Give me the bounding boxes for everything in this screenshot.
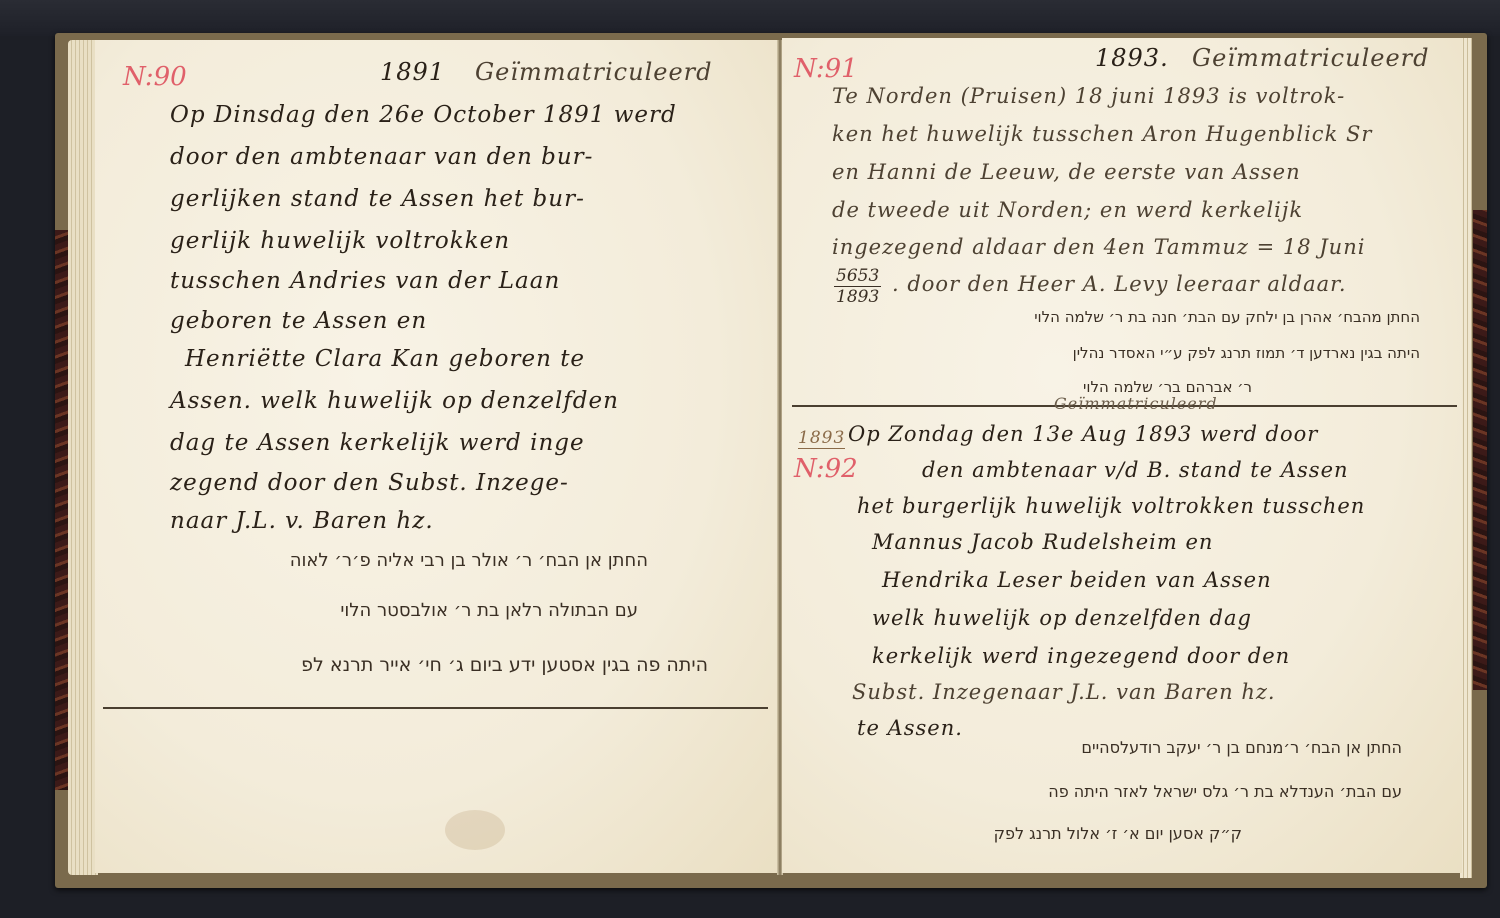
hebrew-text-line: היתה בגין נארדען ד׳ תמוז תרנג לפק ע״י הא… — [1073, 344, 1420, 362]
entry-number: N:90 — [123, 62, 187, 92]
entry-year: 1893. — [1095, 44, 1169, 72]
text-line: Henriëtte Clara Kan geboren te — [185, 346, 585, 372]
marbled-cover-edge-right — [1473, 210, 1487, 690]
text-line: door den ambtenaar van den bur- — [170, 144, 593, 170]
hebrew-text-line: החתן אן הבח׳ ר׳ אולר בן רבי אליה פ׳ר׳ לא… — [290, 550, 648, 571]
registration-note: Geïmmatriculeerd — [1054, 394, 1218, 413]
text-line: welk huwelijk op denzelfden dag — [872, 606, 1252, 630]
text-line: . door den Heer A. Levy leeraar aldaar. — [892, 272, 1347, 296]
hebrew-text-line: היתה פה בגין אסטען ידע ביום ג׳ חי׳ אייר … — [301, 654, 708, 676]
hebrew-text-line: החתן מהבח׳ אהרן בן ילחק עם הבת׳ חנה בת ר… — [1034, 308, 1420, 326]
text-line: Assen. welk huwelijk op denzelfden — [170, 388, 619, 414]
hebrew-text-line: ק״ק אסען יום א׳ ז׳ אלול תרנג לפק — [994, 824, 1242, 843]
text-line: tusschen Andries van der Laan — [170, 268, 560, 294]
left-page: N:90 1891 Geïmmatriculeerd Op Dinsdag de… — [95, 40, 778, 873]
text-line: naar J.L. v. Baren hz. — [170, 508, 434, 534]
fraction-hebrew-year: 5653 — [834, 266, 881, 287]
hebrew-year-fraction: 5653 1893 — [834, 266, 881, 307]
fraction-gregorian-year: 1893 — [834, 287, 881, 307]
text-line: zegend door den Subst. Inzege- — [170, 470, 569, 496]
entry-number: N:92 — [794, 454, 858, 484]
text-line: het burgerlijk huwelijk voltrokken tussc… — [857, 494, 1365, 518]
entry-number: N:91 — [794, 54, 858, 84]
hebrew-text-line: עם הבת׳ הענדלא בת ר׳ גלס ישראל לאזר היתה… — [1048, 782, 1402, 801]
text-line: geboren te Assen en — [170, 308, 427, 334]
text-line: Te Norden (Pruisen) 18 juni 1893 is volt… — [832, 84, 1345, 108]
entry-divider — [103, 707, 768, 709]
text-line: Hendrika Leser beiden van Assen — [882, 568, 1272, 592]
hebrew-text-line: עם הבתולה רלאן בת ר׳ אולבסטר הלוי — [340, 600, 638, 621]
text-line: en Hanni de Leeuw, de eerste van Assen — [832, 160, 1301, 184]
text-line: dag te Assen kerkelijk werd inge — [170, 430, 585, 456]
text-line: te Assen. — [857, 716, 963, 740]
text-line: gerlijken stand te Assen het bur- — [170, 186, 585, 212]
paper-stain — [445, 810, 505, 850]
text-line: Op Zondag den 13e Aug 1893 werd door — [848, 422, 1318, 446]
text-line: Subst. Inzegenaar J.L. van Baren hz. — [852, 680, 1276, 704]
text-line: den ambtenaar v/d B. stand te Assen — [922, 458, 1349, 482]
hebrew-text-line: החתן אן הבח׳ ר׳מנחם בן ר׳ יעקב רודעלסהיי… — [1081, 738, 1402, 757]
entry-year: 1891 — [380, 58, 445, 86]
text-line: ken het huwelijk tusschen Aron Hugenblic… — [832, 122, 1372, 146]
background-backdrop — [0, 0, 1500, 36]
page-edges-left — [68, 40, 98, 875]
marbled-cover-edge-left — [55, 230, 69, 790]
registration-note: Geïmmatriculeerd — [1192, 44, 1429, 72]
text-line: ingezegend aldaar den 4en Tammuz = 18 Ju… — [832, 235, 1365, 259]
text-line: Op Dinsdag den 26e October 1891 werd — [170, 102, 677, 128]
right-page: N:91 1893. Geïmmatriculeerd Te Norden (P… — [782, 38, 1462, 873]
margin-year: 1893 — [798, 428, 845, 449]
text-line: gerlijk huwelijk voltrokken — [170, 228, 510, 254]
text-line: Mannus Jacob Rudelsheim en — [872, 530, 1213, 554]
text-line: kerkelijk werd ingezegend door den — [872, 644, 1290, 668]
text-line: de tweede uit Norden; en werd kerkelijk — [832, 198, 1303, 222]
registration-note: Geïmmatriculeerd — [475, 58, 712, 86]
